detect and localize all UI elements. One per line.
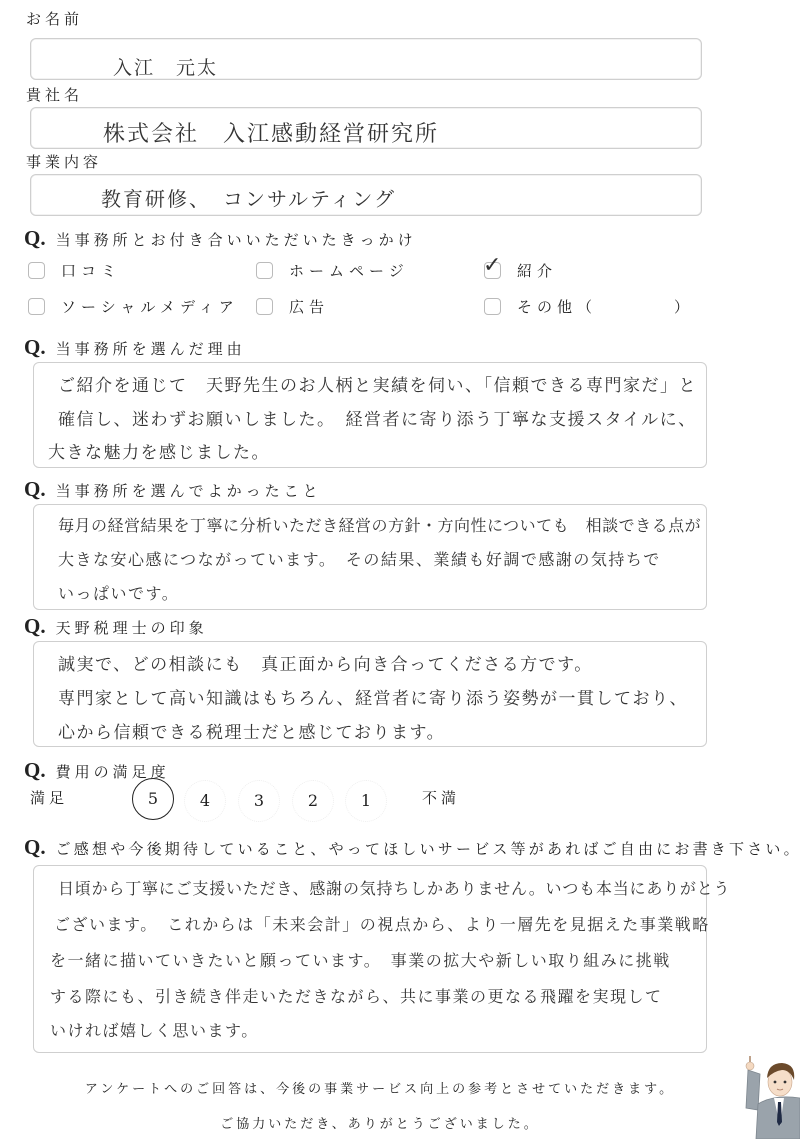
checkbox-icon[interactable]	[256, 262, 273, 279]
answer-line: いっぱいです。	[58, 581, 179, 604]
rating-2[interactable]: 2	[292, 780, 334, 822]
q1-question: 当事務所とお付き合いいただいたきっかけ	[56, 231, 417, 249]
q4-answer-box[interactable]: 誠実で、どの相談にも 真正面から向き合ってくださる方です。 専門家として高い知識…	[33, 641, 707, 747]
q3-answer-box[interactable]: 毎月の経営結果を丁寧に分析いただき経営の方針・方向性についても 相談できる点が …	[33, 504, 707, 610]
company-label: 貴社名	[26, 84, 83, 105]
answer-line: ございます。 これからは「未来会計」の視点から、より一層先を見据えた事業戦略	[54, 912, 710, 935]
satisfied-label: 満足	[30, 787, 68, 808]
q-mark: Q.	[24, 335, 46, 359]
q6-question: ご感想や今後期待していること、やってほしいサービス等があればご自由にお書き下さい…	[56, 840, 800, 858]
q4-question: 天野税理士の印象	[56, 619, 208, 637]
q3-heading: Q.当事務所を選んでよかったこと	[24, 477, 322, 502]
checkbox-icon[interactable]: ✓	[484, 262, 501, 279]
answer-line: ご紹介を通じて 天野先生のお人柄と実績を伺い、「信頼できる専門家だ」と	[58, 371, 697, 396]
rating-5[interactable]: 5	[132, 778, 174, 820]
option-label: 口コミ	[61, 260, 121, 281]
q3-question: 当事務所を選んでよかったこと	[56, 482, 322, 500]
q1-heading: Q.当事務所とお付き合いいただいたきっかけ	[24, 226, 417, 251]
company-value: 株式会社 入江感動経営研究所	[103, 117, 439, 148]
option-homepage[interactable]: ホームページ	[256, 260, 409, 281]
other-close-paren: ）	[674, 296, 694, 317]
rating-1[interactable]: 1	[345, 780, 387, 822]
option-label: その他（	[517, 296, 597, 317]
q4-heading: Q.天野税理士の印象	[24, 614, 208, 639]
option-kuchikomi[interactable]: 口コミ	[28, 260, 121, 281]
footer-thanks: ご協力いただき、ありがとうございました。	[0, 1113, 760, 1132]
checkbox-icon[interactable]	[28, 262, 45, 279]
q2-question: 当事務所を選んだ理由	[56, 340, 246, 358]
business-field[interactable]: 教育研修、 コンサルティング	[30, 174, 702, 216]
checkbox-icon[interactable]	[256, 298, 273, 315]
option-label: 紹介	[517, 260, 557, 281]
option-label: 広告	[289, 296, 329, 317]
q-mark: Q.	[24, 614, 46, 638]
dissatisfied-label: 不満	[422, 787, 460, 808]
answer-line: 専門家として高い知識はもちろん、経営者に寄り添う姿勢が一貫しており、	[58, 684, 688, 709]
business-label: 事業内容	[26, 151, 102, 172]
option-social-media[interactable]: ソーシャルメディア	[28, 296, 239, 317]
q6-answer-box[interactable]: 日頃から丁寧にご支援いただき、感謝の気持ちしかありません。いつも本当にありがとう…	[33, 865, 707, 1053]
option-label: ホームページ	[289, 260, 409, 281]
company-field[interactable]: 株式会社 入江感動経営研究所	[30, 107, 702, 149]
checkbox-icon[interactable]	[28, 298, 45, 315]
footer-note: アンケートへのご回答は、今後の事業サービス向上の参考とさせていただきます。	[0, 1078, 760, 1097]
rating-4[interactable]: 4	[184, 780, 226, 822]
answer-line: 大きな魅力を感じました。	[48, 438, 270, 463]
business-value: 教育研修、 コンサルティング	[101, 183, 396, 212]
answer-line: する際にも、引き続き伴走いただきながら、共に事業の更なる飛躍を実現して	[50, 984, 663, 1007]
q-mark: Q.	[24, 226, 46, 250]
option-advertisement[interactable]: 広告	[256, 296, 329, 317]
name-field[interactable]: 入江 元太	[30, 38, 702, 80]
advisor-character-pointing-icon	[738, 1048, 800, 1139]
option-label: ソーシャルメディア	[61, 296, 239, 317]
option-other[interactable]: その他（ ）	[484, 296, 597, 317]
q2-heading: Q.当事務所を選んだ理由	[24, 335, 246, 360]
q-mark: Q.	[24, 835, 46, 859]
rating-3[interactable]: 3	[238, 780, 280, 822]
checkbox-icon[interactable]	[484, 298, 501, 315]
q2-answer-box[interactable]: ご紹介を通じて 天野先生のお人柄と実績を伺い、「信頼できる専門家だ」と 確信し、…	[33, 362, 707, 468]
answer-line: 心から信頼できる税理士だと感じております。	[58, 718, 445, 743]
answer-line: 毎月の経営結果を丁寧に分析いただき経営の方針・方向性についても 相談できる点が	[58, 513, 701, 536]
checkmark-icon: ✓	[483, 253, 501, 278]
answer-line: を一緒に描いていきたいと願っています。 事業の拡大や新しい取り組みに挑戦	[50, 948, 671, 971]
q-mark: Q.	[24, 477, 46, 501]
answer-line: 確信し、迷わずお願いしました。 経営者に寄り添う丁寧な支援スタイルに、	[58, 405, 697, 430]
answer-line: いければ嬉しく思います。	[50, 1018, 259, 1041]
name-value: 入江 元太	[113, 53, 218, 80]
option-referral[interactable]: ✓紹介	[484, 260, 557, 281]
answer-line: 大きな安心感につながっています。 その結果、業績も好調で感謝の気持ちで	[58, 547, 661, 570]
answer-line: 誠実で、どの相談にも 真正面から向き合ってくださる方です。	[58, 650, 593, 675]
q6-heading: Q.ご感想や今後期待していること、やってほしいサービス等があればご自由にお書き下…	[24, 835, 800, 860]
q-mark: Q.	[24, 758, 46, 782]
answer-line: 日頃から丁寧にご支援いただき、感謝の気持ちしかありません。いつも本当にありがとう	[58, 876, 730, 899]
name-label: お名前	[26, 8, 83, 29]
